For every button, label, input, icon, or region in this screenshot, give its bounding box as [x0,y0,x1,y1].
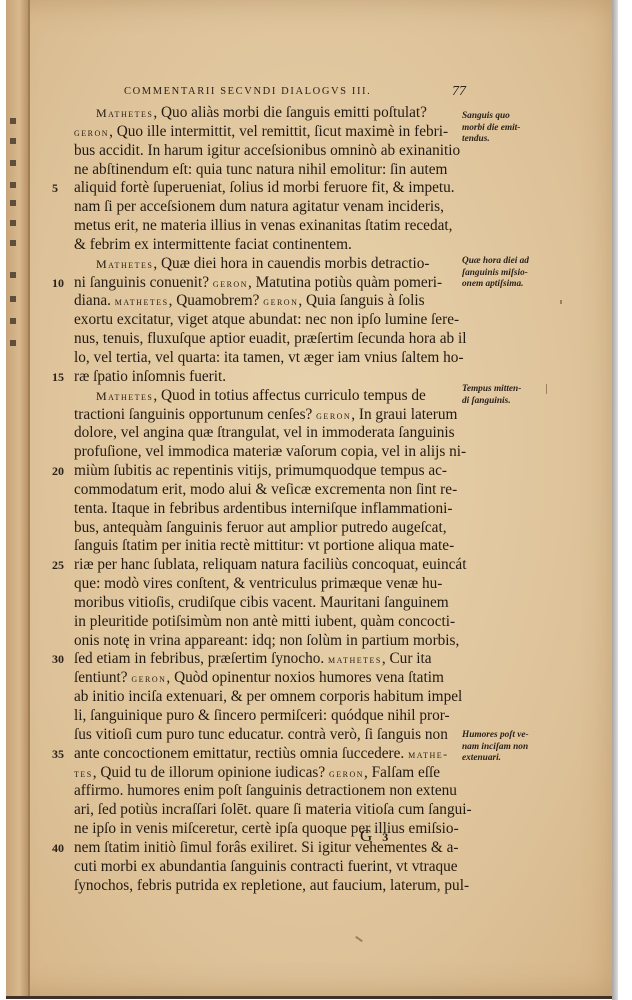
page-number: 77 [452,84,466,100]
line-number: 10 [52,274,64,293]
line-text: ne ipſo in venis miſceretur, certè ipſa … [74,820,459,837]
line-text: in pleuritide potiſsimùm non antè mitti … [74,613,455,630]
page-edge [612,0,618,1000]
marginal-note-line: extenuari. [462,753,554,765]
line-text: nus, tenuis, fluxuſque aptior euadit, pr… [74,330,467,347]
line-text: profuſione, vel immodica materiæ vaſorum… [74,443,466,460]
bleed-mark [10,272,16,278]
line-text: li, ſanguinique puro & ſincero permiſcer… [74,707,450,724]
line-text: nem ſtatim initiò ſimul forâs exiliret. … [74,839,458,856]
text-line: 20miùm ſubitis ac repentinis vitijs, pri… [74,462,462,481]
text-line: ne ipſo in venis miſceretur, certè ipſa … [74,820,462,839]
line-text: , Matutina potiùs quàm pomeri- [248,274,442,291]
speaker-name: Mathetes [96,257,153,271]
text-line: diana. mathetes, Quamobrem? geron, Quia … [74,292,462,311]
marginal-note: Quæ hora diei adſanguinis miſsio-onem ap… [462,256,554,291]
line-text: ræ ſpatio inſomnis fuerit. [74,368,226,385]
speaker-name: mathetes [115,294,169,308]
signature-mark: G3 [360,826,398,846]
line-text: ante concoctionem emittatur, rectiùs omn… [74,745,408,762]
line-text: , Quòd opinentur noxios humores vena ſta… [166,669,443,686]
line-text: ſed etiam in febribus, præſertim ſynocho… [74,650,328,667]
marginal-note: Tempus mitten-di ſanguinis. [462,384,554,407]
line-text: , Quo aliàs morbi die ſanguis emitti poſ… [153,104,427,121]
marginal-note-line: di ſanguinis. [462,396,554,408]
text-line: lo, vel tertia, vel quarta: ita tamen, v… [74,349,462,368]
marginal-note-line: morbi die emit- [462,123,554,135]
running-head: COMMENTARII SECVNDI DIALOGVS III. 77 [124,86,484,97]
line-text: tenta. Itaque in febribus ardentibus int… [74,500,453,517]
marginal-note-line: nam inciſam non [462,742,554,754]
text-line: profuſione, vel immodica materiæ vaſorum… [74,443,462,462]
line-text: & febrim ex intermittente faciat contine… [74,236,352,253]
text-line: Mathetes, Quæ diei hora in cauendis morb… [74,255,462,274]
line-text: miùm ſubitis ac repentinis vitijs, primu… [74,462,447,479]
line-text: metus erit, ne materia illius in venas e… [74,217,452,234]
line-text: ne abſtinendum eſt: quia tunc natura nih… [74,161,447,178]
line-text: riæ per hanc ſublata, reliquam natura fa… [74,556,466,573]
text-line: ſanguis ſtatim per initia rectè mittitur… [74,537,462,556]
text-line: 10ni ſanguinis conuenit? geron, Matutina… [74,274,462,293]
line-text: affirmo. humores enim poſt ſanguinis det… [74,782,457,799]
text-line: dolore, vel angina quæ ſtrangulat, vel i… [74,424,462,443]
line-text: , Quo ille intermittit, vel remittit, ſi… [109,123,448,140]
text-line: li, ſanguinique puro & ſincero permiſcer… [74,707,462,726]
text-line: bus, antequàm ſanguinis feruor aut ampli… [74,519,462,538]
line-text: aliquid fortè ſuperueniat, ſolius id mor… [74,179,455,196]
line-text: lo, vel tertia, vel quarta: ita tamen, v… [74,349,464,366]
text-line: exortu excitatur, viget atque abundat: n… [74,311,462,330]
text-line: 40nem ſtatim initiò ſimul forâs exiliret… [74,839,462,858]
line-text: , Quia ſanguis à ſolis [298,292,424,309]
text-line: & febrim ex intermittente faciat contine… [74,236,462,255]
line-text: , Quod in totius affectus curriculo temp… [153,387,425,404]
speaker-name: geron [316,408,351,422]
bleed-mark [10,160,16,166]
marginal-note-line: onem aptiſsima. [462,279,554,291]
text-line: cuti morbi ex abundantia ſanguinis contr… [74,858,462,877]
signature-letter: G [360,826,382,845]
speaker-name: geron [263,294,298,308]
text-line: 30ſed etiam in febribus, præſertim ſynoc… [74,650,462,669]
line-text: que: modò vires conſtent, & ventriculus … [74,575,442,592]
line-number: 5 [52,179,58,198]
speaker-name: mathe- [408,747,449,761]
text-line: tes, Quid tu de illorum opinione iudicas… [74,764,462,783]
line-text: ſus vitioſi cum puro tunc educatur. cont… [74,726,448,743]
line-text: commodatum erit, modo alui & veſicæ excr… [74,481,457,498]
line-text: nam ſi per acceſsionem dum natura agitat… [74,198,444,215]
text-line: ſentiunt? geron, Quòd opinentur noxios h… [74,669,462,688]
marginal-note: Sanguis quomorbi die emit-tendus. [462,111,554,146]
line-text: , Quamobrem? [169,292,264,309]
text-line: ne abſtinendum eſt: quia tunc natura nih… [74,161,462,180]
text-line: commodatum erit, modo alui & veſicæ excr… [74,481,462,500]
text-line: geron, Quo ille intermittit, vel remitti… [74,123,462,142]
line-text: , In graui laterum [351,406,457,423]
text-line: nus, tenuis, fluxuſque aptior euadit, pr… [74,330,462,349]
line-text: ſanguis ſtatim per initia rectè mittitur… [74,537,454,554]
text-line: 25riæ per hanc ſublata, reliquam natura … [74,556,462,575]
facing-page-gutter [6,0,30,996]
line-text: dolore, vel angina quæ ſtrangulat, vel i… [74,424,455,441]
line-number: 35 [52,745,64,764]
line-number: 20 [52,462,64,481]
bleed-mark [10,118,16,124]
paper-speck [560,300,562,304]
bleed-mark [10,340,16,346]
speaker-name: tes [74,766,93,780]
speaker-name: geron [213,276,248,290]
text-line: metus erit, ne materia illius in venas e… [74,217,462,236]
speaker-name: Mathetes [96,389,153,403]
text-line: que: modò vires conſtent, & ventriculus … [74,575,462,594]
text-line: ſus vitioſi cum puro tunc educatur. cont… [74,726,462,745]
line-text: tractioni ſanguinis opportunum cenſes? [74,406,316,423]
marginal-note-line: Tempus mitten- [462,384,554,396]
line-number: 15 [52,368,64,387]
text-line: onis notę in vrina appareant: idq; non ſ… [74,632,462,651]
text-line: bus accidit. In harum igitur acceſsionib… [74,142,462,161]
signature-number: 3 [382,830,398,844]
speaker-name: geron [329,766,364,780]
line-text: ab initio inciſa extenuari, & per omnem … [74,688,462,705]
text-line: 15ræ ſpatio inſomnis fuerit. [74,368,462,387]
line-text: ſynochos, febris putrida ex repletione, … [74,877,469,894]
line-number: 25 [52,556,64,575]
bleed-mark [10,296,16,302]
speaker-name: geron [74,125,109,139]
bleed-mark [10,182,16,188]
text-line: tenta. Itaque in febribus ardentibus int… [74,500,462,519]
running-head-title: COMMENTARII SECVNDI DIALOGVS III. [124,86,371,97]
bleed-mark [10,220,16,226]
line-number: 40 [52,839,64,858]
line-text: bus, antequàm ſanguinis feruor aut ampli… [74,519,447,536]
line-text: moribus vitioſis, crudiſque cibis vacent… [74,594,449,611]
text-line: Mathetes, Quo aliàs morbi die ſanguis em… [74,104,462,123]
line-text: ari, ſed potiùs incraſſari ſolēt. quare … [74,801,472,818]
bleed-mark [10,318,16,324]
text-line: nam ſi per acceſsionem dum natura agitat… [74,198,462,217]
text-line: tractioni ſanguinis opportunum cenſes? g… [74,406,462,425]
text-line: Mathetes, Quod in totius affectus curric… [74,387,462,406]
line-text: diana. [74,292,115,309]
text-line: ari, ſed potiùs incraſſari ſolēt. quare … [74,801,462,820]
speaker-name: mathetes [328,652,382,666]
line-text: , Quid tu de illorum opinione iudicas? [93,764,329,781]
text-line: in pleuritide potiſsimùm non antè mitti … [74,613,462,632]
line-text: , Cur ita [382,650,432,667]
line-text: onis notę in vrina appareant: idq; non ſ… [74,632,459,649]
text-line: 5aliquid fortè ſuperueniat, ſolius id mo… [74,179,462,198]
line-text: exortu excitatur, viget atque abundat: n… [74,311,459,328]
marginal-note: Humores poſt ve-nam inciſam nonextenuari… [462,730,554,765]
line-text: ni ſanguinis conuenit? [74,274,213,291]
text-line: affirmo. humores enim poſt ſanguinis det… [74,782,462,801]
text-line: 35ante concoctionem emittatur, rectiùs o… [74,745,462,764]
line-text: , Falſam eſſe [364,764,440,781]
bleed-mark [10,138,16,144]
text-line: ab initio inciſa extenuari, & per omnem … [74,688,462,707]
line-text: cuti morbi ex abundantia ſanguinis contr… [74,858,458,875]
line-text: ſentiunt? [74,669,131,686]
text-line: moribus vitioſis, crudiſque cibis vacent… [74,594,462,613]
bleed-mark [10,200,16,206]
line-text: bus accidit. In harum igitur acceſsionib… [74,142,460,159]
speaker-name: Mathetes [96,106,153,120]
line-number: 30 [52,650,64,669]
text-line: ſynochos, febris putrida ex repletione, … [74,877,462,896]
marginal-note-line: ſanguinis miſsio- [462,268,554,280]
marginal-note-line: Quæ hora diei ad [462,256,554,268]
marginal-note-line: tendus. [462,134,554,146]
bleed-mark [10,240,16,246]
marginal-note-line: Humores poſt ve- [462,730,554,742]
speaker-name: geron [131,671,166,685]
marginal-note-line: Sanguis quo [462,111,554,123]
body-text: Mathetes, Quo aliàs morbi die ſanguis em… [74,104,462,895]
line-text: , Quæ diei hora in cauendis morbis detra… [153,255,429,272]
